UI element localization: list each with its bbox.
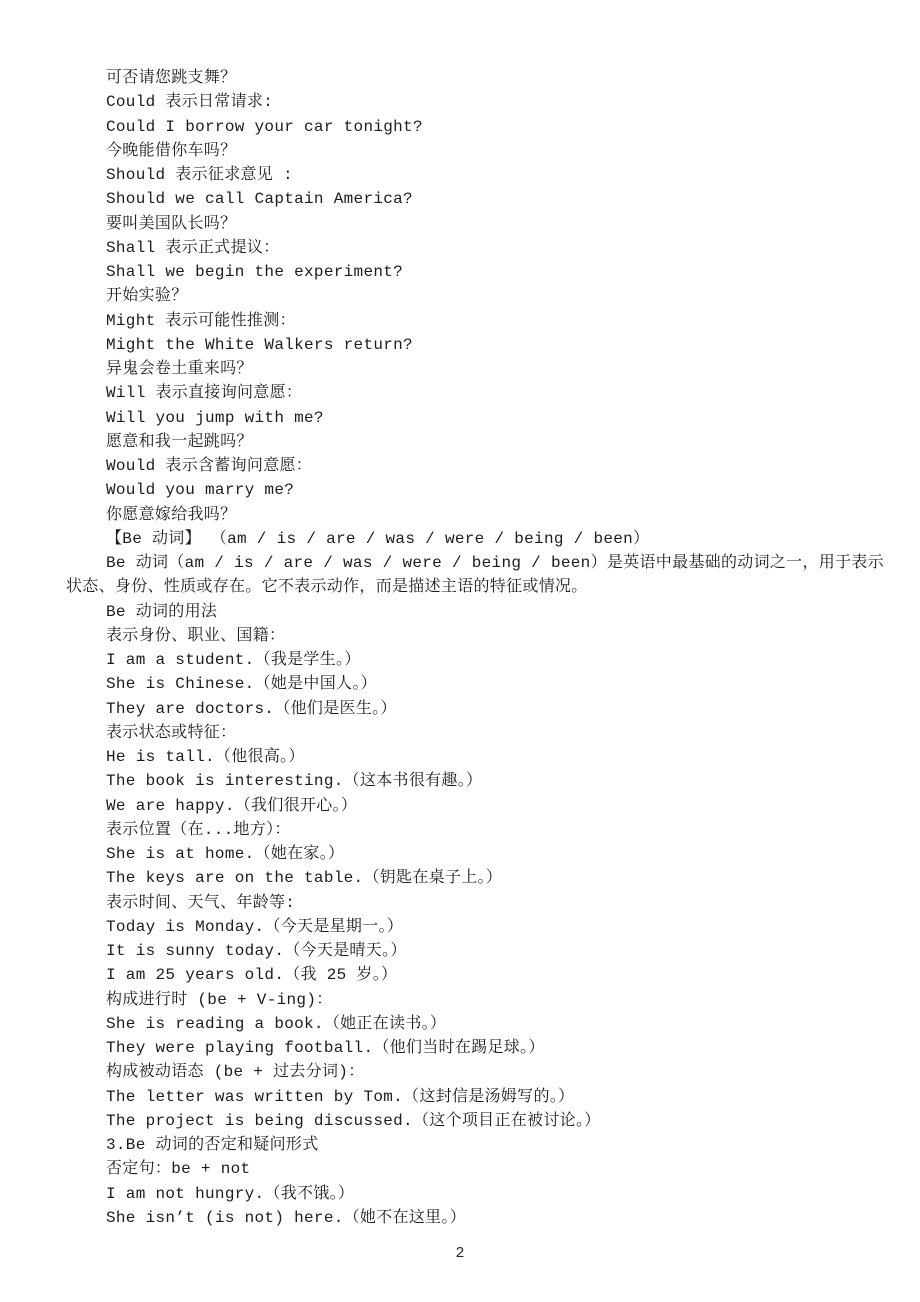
text-line: Today is Monday.（今天是星期一。） bbox=[66, 915, 858, 939]
text-line: 否定句：be + not bbox=[66, 1157, 858, 1181]
text-line: I am a student.（我是学生。） bbox=[66, 648, 858, 672]
text-line: 表示位置（在...地方）： bbox=[66, 818, 858, 842]
text-line: 表示身份、职业、国籍： bbox=[66, 624, 858, 648]
text-line: She is at home.（她在家。） bbox=[66, 842, 858, 866]
text-line: Could 表示日常请求: bbox=[66, 90, 858, 114]
text-line: 开始实验？ bbox=[66, 284, 858, 308]
text-line: 状态、身份、性质或存在。它不表示动作，而是描述主语的特征或情况。 bbox=[66, 575, 858, 599]
text-line: She isn’t (is not) here.（她不在这里。） bbox=[66, 1206, 858, 1230]
text-line: Might the White Walkers return? bbox=[66, 333, 858, 357]
text-line: The project is being discussed.（这个项目正在被讨… bbox=[66, 1109, 858, 1133]
text-line: 可否请您跳支舞？ bbox=[66, 66, 858, 90]
text-line: Might 表示可能性推测： bbox=[66, 309, 858, 333]
text-line: Shall we begin the experiment? bbox=[66, 260, 858, 284]
text-line: I am not hungry.（我不饿。） bbox=[66, 1182, 858, 1206]
text-line: 你愿意嫁给我吗？ bbox=[66, 503, 858, 527]
text-line: They were playing football.（他们当时在踢足球。） bbox=[66, 1036, 858, 1060]
text-line: Be 动词（am / is / are / was / were / being… bbox=[66, 551, 858, 575]
text-line: 愿意和我一起跳吗？ bbox=[66, 430, 858, 454]
text-line: Would 表示含蓄询问意愿： bbox=[66, 454, 858, 478]
text-line: 表示时间、天气、年龄等: bbox=[66, 891, 858, 915]
text-line: She is Chinese.（她是中国人。） bbox=[66, 672, 858, 696]
text-line: He is tall.（他很高。） bbox=[66, 745, 858, 769]
text-line: Will 表示直接询问意愿： bbox=[66, 381, 858, 405]
text-line: 构成被动语态 (be + 过去分词)： bbox=[66, 1060, 858, 1084]
text-line: Could I borrow your car tonight? bbox=[66, 115, 858, 139]
text-line: She is reading a book.（她正在读书。） bbox=[66, 1012, 858, 1036]
text-line: 要叫美国队长吗？ bbox=[66, 212, 858, 236]
text-line: Should we call Captain America? bbox=[66, 187, 858, 211]
text-line: 表示状态或特征： bbox=[66, 721, 858, 745]
text-line: The letter was written by Tom.（这封信是汤姆写的。… bbox=[66, 1085, 858, 1109]
text-line: It is sunny today.（今天是晴天。） bbox=[66, 939, 858, 963]
page-number: 2 bbox=[0, 1244, 920, 1264]
text-line: Should 表示征求意见 : bbox=[66, 163, 858, 187]
text-line: Be 动词的用法 bbox=[66, 600, 858, 624]
text-line: I am 25 years old.（我 25 岁。） bbox=[66, 963, 858, 987]
text-line: 构成进行时 (be + V-ing)： bbox=[66, 988, 858, 1012]
text-line: Shall 表示正式提议： bbox=[66, 236, 858, 260]
text-line: 3.Be 动词的否定和疑问形式 bbox=[66, 1133, 858, 1157]
text-line: The keys are on the table.（钥匙在桌子上。） bbox=[66, 866, 858, 890]
text-line: 异鬼会卷土重来吗？ bbox=[66, 357, 858, 381]
text-line: Would you marry me? bbox=[66, 478, 858, 502]
text-line: We are happy.（我们很开心。） bbox=[66, 794, 858, 818]
text-line: The book is interesting.（这本书很有趣。） bbox=[66, 769, 858, 793]
text-line: Will you jump with me? bbox=[66, 406, 858, 430]
text-line: They are doctors.（他们是医生。） bbox=[66, 697, 858, 721]
text-line: 【Be 动词】 （am / is / are / was / were / be… bbox=[66, 527, 858, 551]
document-content: 可否请您跳支舞？Could 表示日常请求:Could I borrow your… bbox=[66, 66, 858, 1230]
text-line: 今晚能借你车吗？ bbox=[66, 139, 858, 163]
document-page: 可否请您跳支舞？Could 表示日常请求:Could I borrow your… bbox=[0, 0, 920, 1302]
